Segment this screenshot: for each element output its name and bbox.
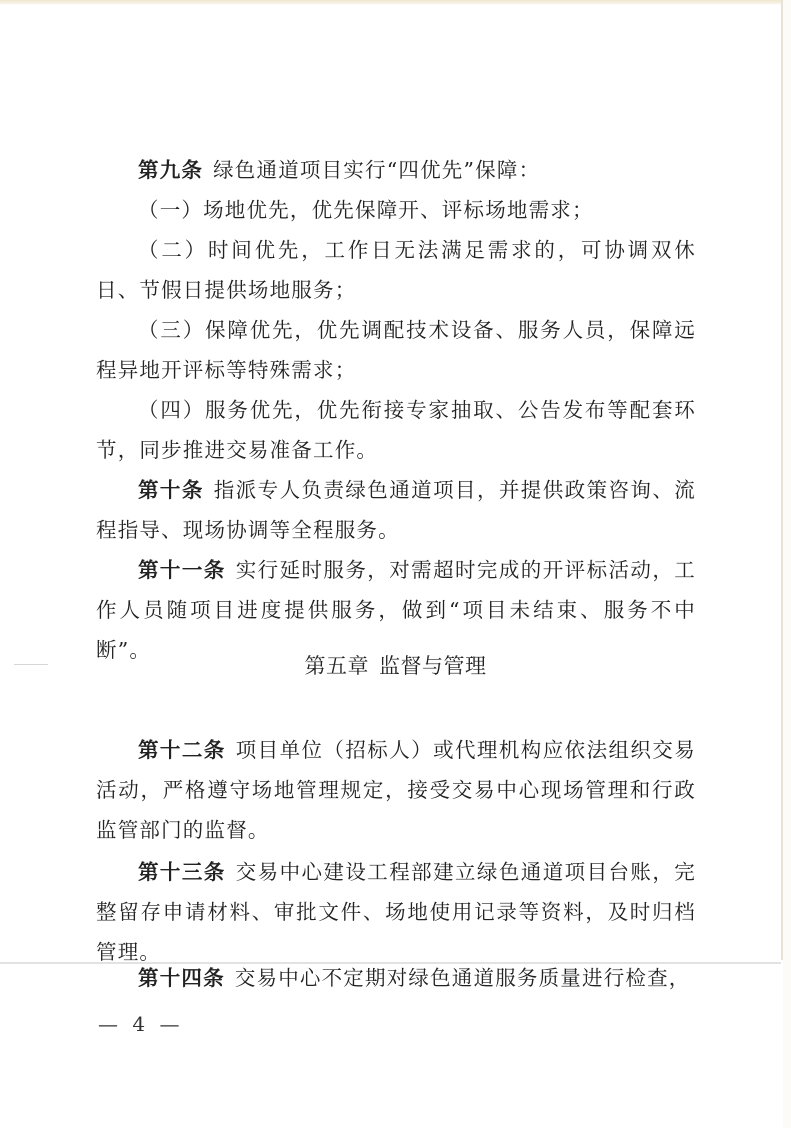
- article-13: 第十三条交易中心建设工程部建立绿色通道项目台账，完整留存申请材料、审批文件、场地…: [96, 852, 696, 972]
- article-9-item-3: （三）保障优先，优先调配技术设备、服务人员，保障远程异地开评标等特殊需求；: [96, 310, 696, 390]
- article-12: 第十二条项目单位（招标人）或代理机构应依法组织交易活动，严格遵守场地管理规定，接…: [96, 730, 696, 850]
- article-label: 第九条: [138, 158, 203, 182]
- article-text: 绿色通道项目实行“四优先”保障：: [213, 158, 540, 182]
- article-label: 第十四条: [138, 966, 225, 990]
- chapter-heading: 第五章监督与管理: [0, 650, 791, 680]
- scan-edge-right: [781, 0, 783, 960]
- article-9-item-4: （四）服务优先，优先衔接专家抽取、公告发布等配套环节，同步推进交易准备工作。: [96, 390, 696, 470]
- item-text: （四）服务优先，优先衔接专家抽取、公告发布等配套环节，同步推进交易准备工作。: [96, 398, 696, 462]
- article-14: 第十四条交易中心不定期对绿色通道服务质量进行检查，: [96, 958, 696, 998]
- article-label: 第十三条: [138, 860, 226, 884]
- chapter-title: 监督与管理: [379, 654, 487, 678]
- page-number: — 4 —: [98, 1012, 183, 1036]
- article-text: 交易中心不定期对绿色通道服务质量进行检查，: [235, 966, 691, 990]
- article-9: 第九条绿色通道项目实行“四优先”保障：: [96, 150, 696, 190]
- scan-edge-top: [0, 0, 791, 5]
- item-text: （三）保障优先，优先调配技术设备、服务人员，保障远程异地开评标等特殊需求；: [96, 318, 696, 382]
- item-text: （一）场地优先，优先保障开、评标场地需求；: [138, 198, 594, 222]
- item-text: （二）时间优先，工作日无法满足需求的，可协调双休日、节假日提供场地服务；: [96, 238, 696, 302]
- article-10: 第十条指派专人负责绿色通道项目，并提供政策咨询、流程指导、现场协调等全程服务。: [96, 470, 696, 550]
- article-label: 第十条: [138, 478, 204, 502]
- article-label: 第十二条: [138, 738, 226, 762]
- scan-edge-right-margin: [783, 0, 791, 1128]
- article-9-item-1: （一）场地优先，优先保障开、评标场地需求；: [96, 190, 696, 230]
- article-9-item-2: （二）时间优先，工作日无法满足需求的，可协调双休日、节假日提供场地服务；: [96, 230, 696, 310]
- chapter-number: 第五章: [305, 654, 370, 678]
- article-label: 第十一条: [138, 558, 226, 582]
